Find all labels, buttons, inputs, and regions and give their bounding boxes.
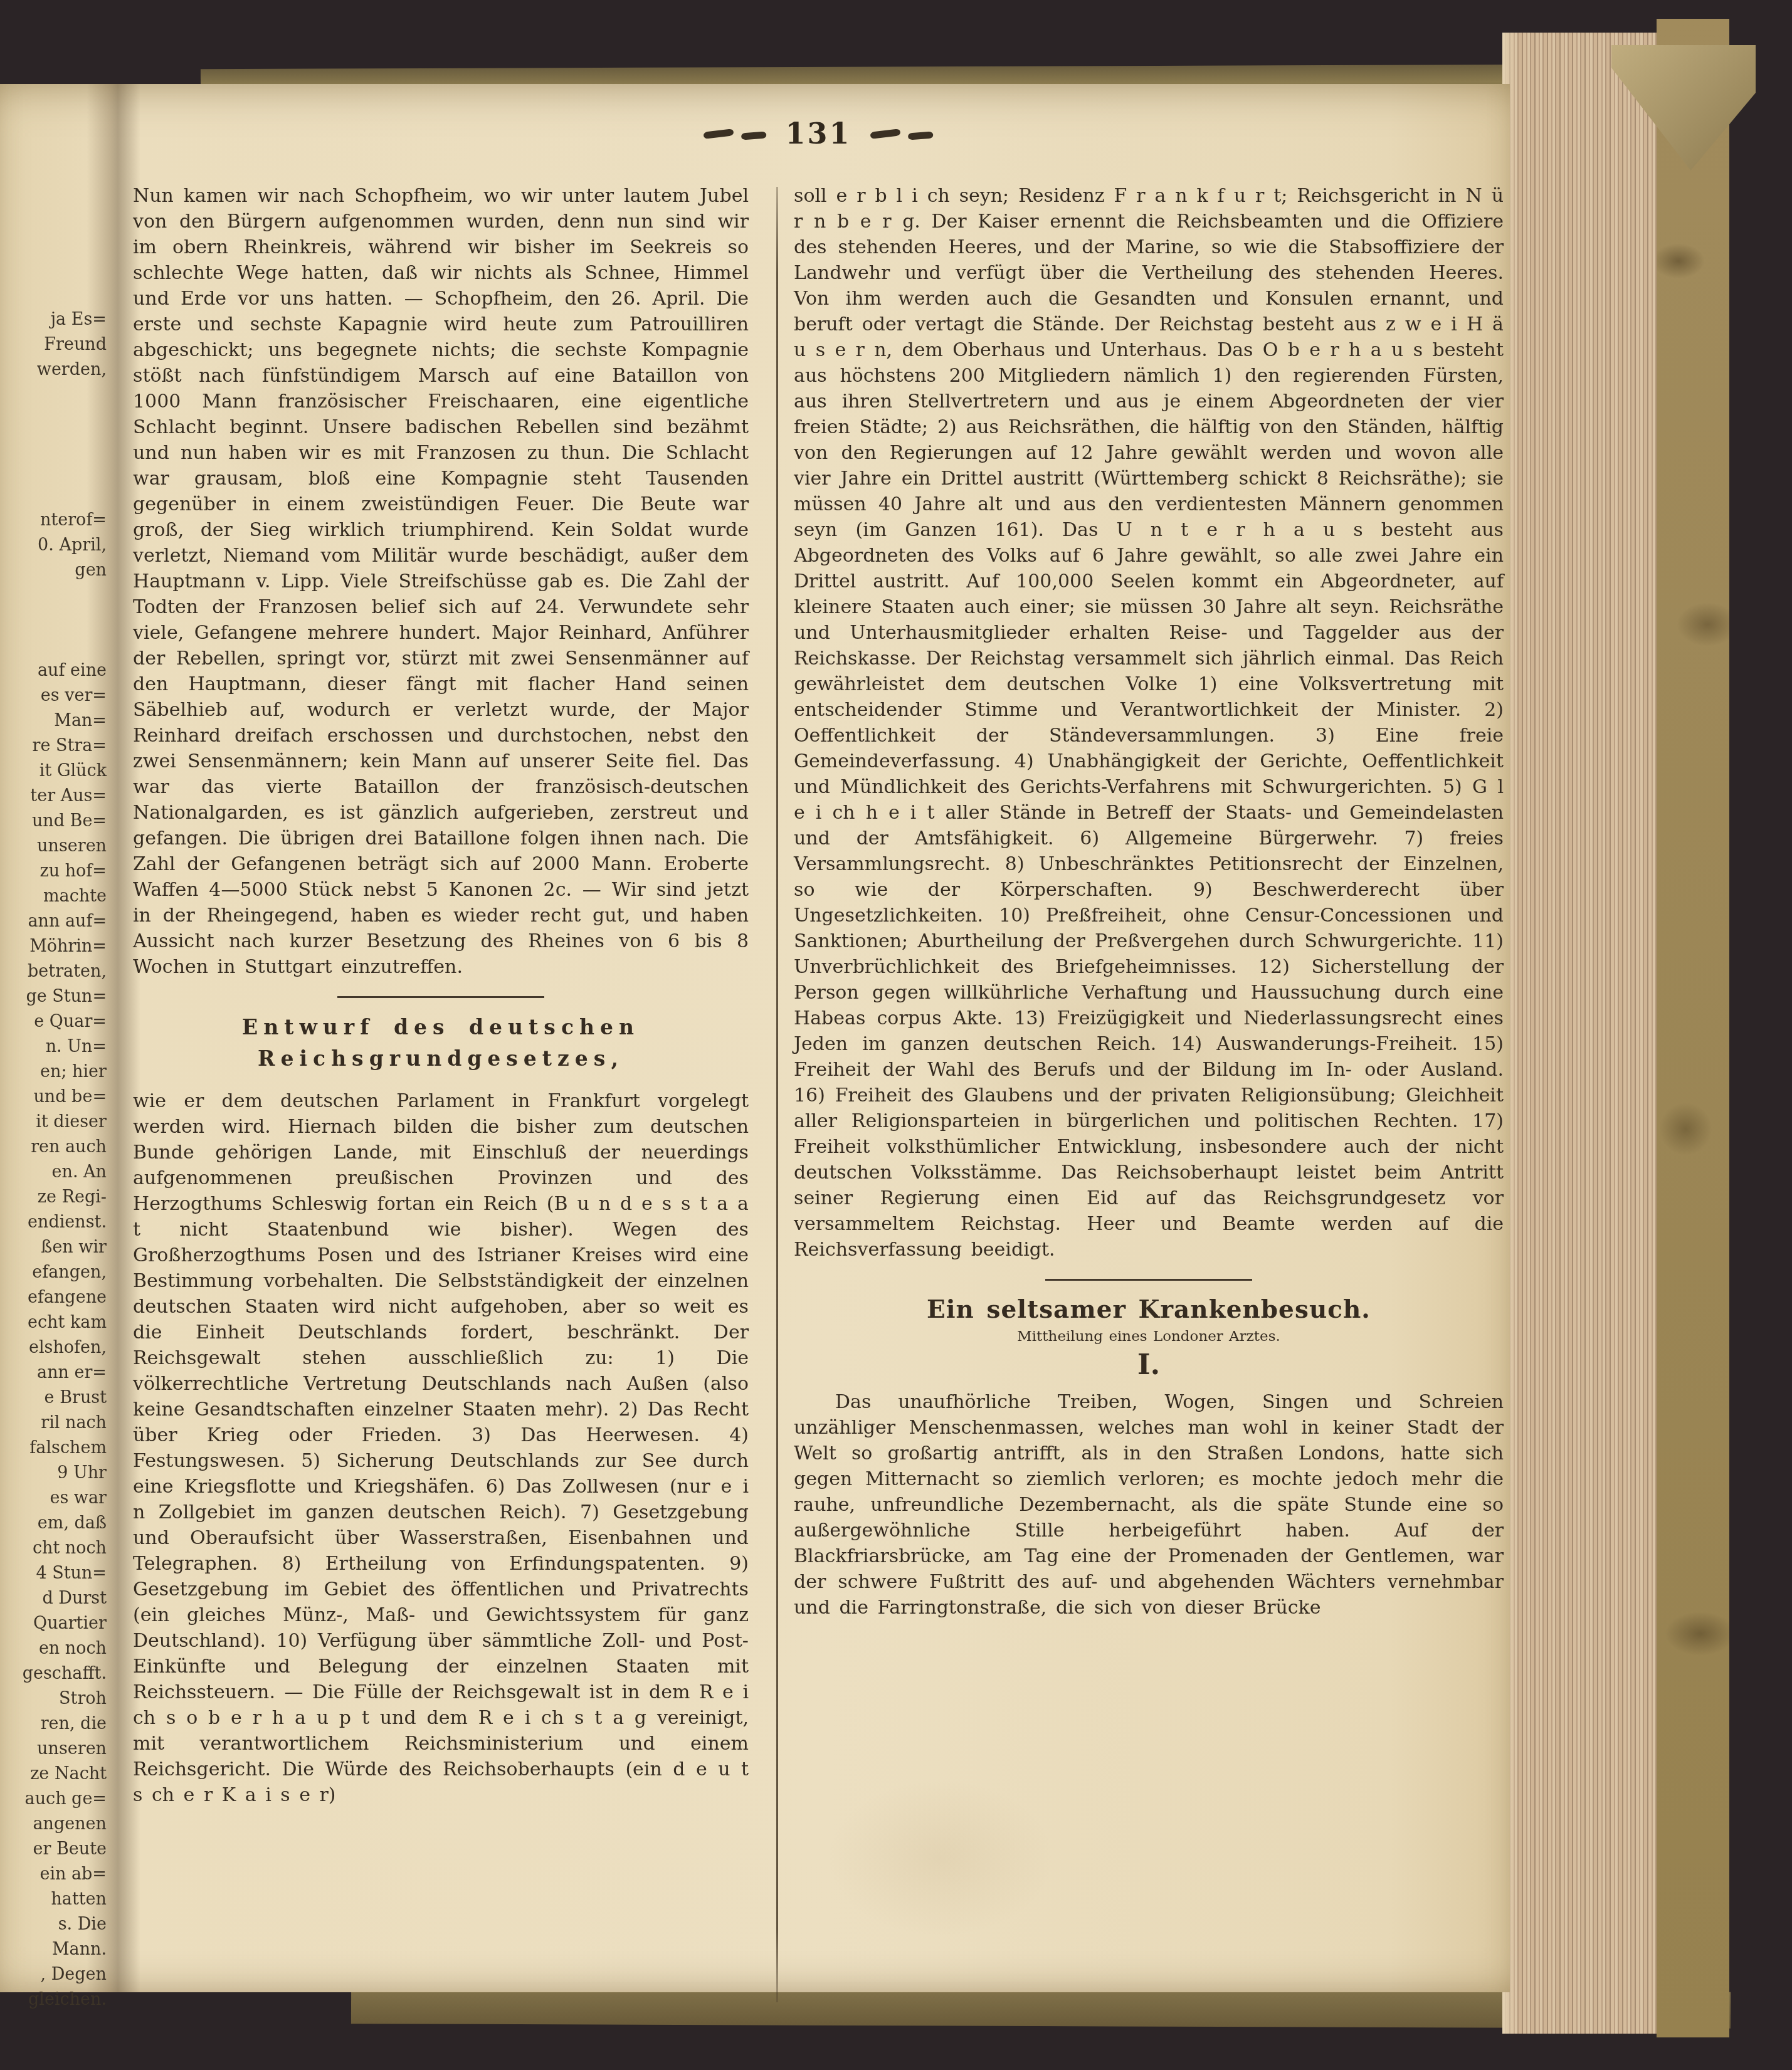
gutter-fragment-line (0, 458, 107, 483)
gutter-fragment-line: echt kam (0, 1310, 107, 1335)
gutter-fragment-line: unseren (0, 834, 107, 859)
gutter-fragment-line: en. An (0, 1160, 107, 1185)
gutter-fragment-line: Mann. (0, 1937, 107, 1962)
gutter-fragment-line: werden, (0, 357, 107, 382)
scanned-book-photo: ja Es=Freundwerden,nterof=0. April,genau… (0, 0, 1792, 2070)
gutter-fragment-line: e Brust (0, 1385, 107, 1411)
gutter-fragment-line: e Quar= (0, 1009, 107, 1034)
story-chapter-numeral: I. (794, 1352, 1504, 1378)
gutter-fragment-line: nterof= (0, 508, 107, 533)
gutter-fragment-line: auch ge= (0, 1787, 107, 1812)
gutter-fragment-line: ge Stun= (0, 984, 107, 1009)
gutter-fragment-line: Quartier (0, 1611, 107, 1636)
gutter-fragment-line (0, 407, 107, 433)
article-heading-line2: Reichsgrundgesetzes, (258, 1046, 624, 1071)
story-subtitle: Mittheilung eines Londoner Arztes. (794, 1327, 1504, 1346)
gutter-fragment-line: unseren (0, 1736, 107, 1762)
gutter-fragment-line: und Be= (0, 809, 107, 834)
gutter-fragment-line (0, 382, 107, 407)
gutter-fragment-line (0, 483, 107, 508)
gutter-fragment-line: auf eine (0, 658, 107, 683)
gutter-fragment-line: falschem (0, 1436, 107, 1461)
gutter-fragment-line: machte (0, 884, 107, 909)
gutter-fragment-line: efangene (0, 1285, 107, 1310)
page-header: 131 (132, 117, 1505, 150)
gutter-fragment-line: endienst. (0, 1210, 107, 1235)
gutter-fragment-line: ter Aus= (0, 784, 107, 809)
gutter-fragment-line: 0. April, (0, 533, 107, 558)
gutter-fragment-line: zu hof= (0, 859, 107, 884)
gutter-fragment-line: es war (0, 1486, 107, 1511)
right-column: soll e r b l i ch seyn; Residenz F r a n… (794, 183, 1504, 1621)
article-continuation-paragraph: Nun kamen wir nach Schopfheim, wo wir un… (133, 183, 749, 980)
gutter-fragment-line: angenen (0, 1812, 107, 1837)
book-page: ja Es=Freundwerden,nterof=0. April,genau… (0, 84, 1510, 1992)
gutter-fragment-line: ze Regi- (0, 1185, 107, 1210)
gutter-fragment-line: n. Un= (0, 1034, 107, 1059)
gutter-fragment-line: betraten, (0, 959, 107, 984)
gutter-fragment-line: Möhrin= (0, 934, 107, 959)
gutter-fragment-line: elshofen, (0, 1335, 107, 1360)
book-page-stack-edge (1502, 33, 1658, 2034)
previous-page-sliver: ja Es=Freundwerden,nterof=0. April,genau… (0, 307, 108, 2012)
gutter-fragment-line: gen (0, 558, 107, 583)
gutter-fragment-line: geschafft. (0, 1661, 107, 1686)
gutter-fragment-line: efangen, (0, 1260, 107, 1285)
constitution-draft-continuation: soll e r b l i ch seyn; Residenz F r a n… (794, 183, 1504, 1263)
gutter-fragment-line: ßen wir (0, 1235, 107, 1260)
section-divider-rule (337, 996, 544, 998)
page-number: 131 (785, 117, 851, 150)
gutter-fragment-line: re Stra= (0, 733, 107, 759)
gutter-fragment-line (0, 583, 107, 608)
story-title: Ein seltsamer Krankenbesuch. (794, 1295, 1504, 1325)
gutter-fragment-line: ren, die (0, 1711, 107, 1736)
section-divider-rule (1045, 1279, 1252, 1281)
header-ornament-left (704, 130, 766, 137)
gutter-fragment-line: gleichen. (0, 1987, 107, 2012)
article-heading-line1: Entwurf des deutschen (242, 1015, 640, 1039)
gutter-fragment-line: en noch (0, 1636, 107, 1661)
gutter-fragment-line (0, 433, 107, 458)
gutter-fragment-line: em, daß (0, 1511, 107, 1536)
gutter-fragment-line: s. Die (0, 1912, 107, 1937)
gutter-fragment-line: en; hier (0, 1059, 107, 1085)
book-cover-right-edge (1657, 19, 1729, 2037)
gutter-fragment-line: er Beute (0, 1837, 107, 1862)
gutter-fragment-line (0, 608, 107, 633)
gutter-fragment-line: cht noch (0, 1536, 107, 1561)
gutter-fragment-line: 9 Uhr (0, 1461, 107, 1486)
left-column: Nun kamen wir nach Schopfheim, wo wir un… (133, 183, 749, 1808)
gutter-fragment-line: Stroh (0, 1686, 107, 1711)
gutter-fragment-line: it Glück (0, 759, 107, 784)
gutter-fragment-line: ann auf= (0, 909, 107, 934)
gutter-fragment-line: ze Nacht (0, 1762, 107, 1787)
gutter-fragment-line: Man= (0, 708, 107, 733)
gutter-fragment-line: ren auch (0, 1135, 107, 1160)
gutter-fragment-line: ann er= (0, 1360, 107, 1385)
gutter-fragment-line: ril nach (0, 1411, 107, 1436)
gutter-fragment-line: Freund (0, 332, 107, 357)
constitution-draft-paragraph: wie er dem deutschen Parlament in Frankf… (133, 1088, 749, 1808)
column-divider-rule (776, 187, 778, 2002)
gutter-fragment-line: und be= (0, 1085, 107, 1110)
gutter-fragment-line: es ver= (0, 683, 107, 708)
gutter-fragment-line: ein ab= (0, 1862, 107, 1887)
gutter-fragment-line: d Durst (0, 1586, 107, 1611)
story-paragraph: Das unaufhörliche Treiben, Wogen, Singen… (794, 1389, 1504, 1621)
header-ornament-right (870, 130, 933, 137)
gutter-fragment-line (0, 633, 107, 658)
gutter-fragment-line: it dieser (0, 1110, 107, 1135)
gutter-fragment-line: ja Es= (0, 307, 107, 332)
gutter-fragment-line: , Degen (0, 1962, 107, 1987)
article-heading: Entwurf des deutschen Reichsgrundgesetze… (133, 1012, 749, 1074)
gutter-fragment-line: hatten (0, 1887, 107, 1912)
gutter-fragment-line: 4 Stun= (0, 1561, 107, 1586)
